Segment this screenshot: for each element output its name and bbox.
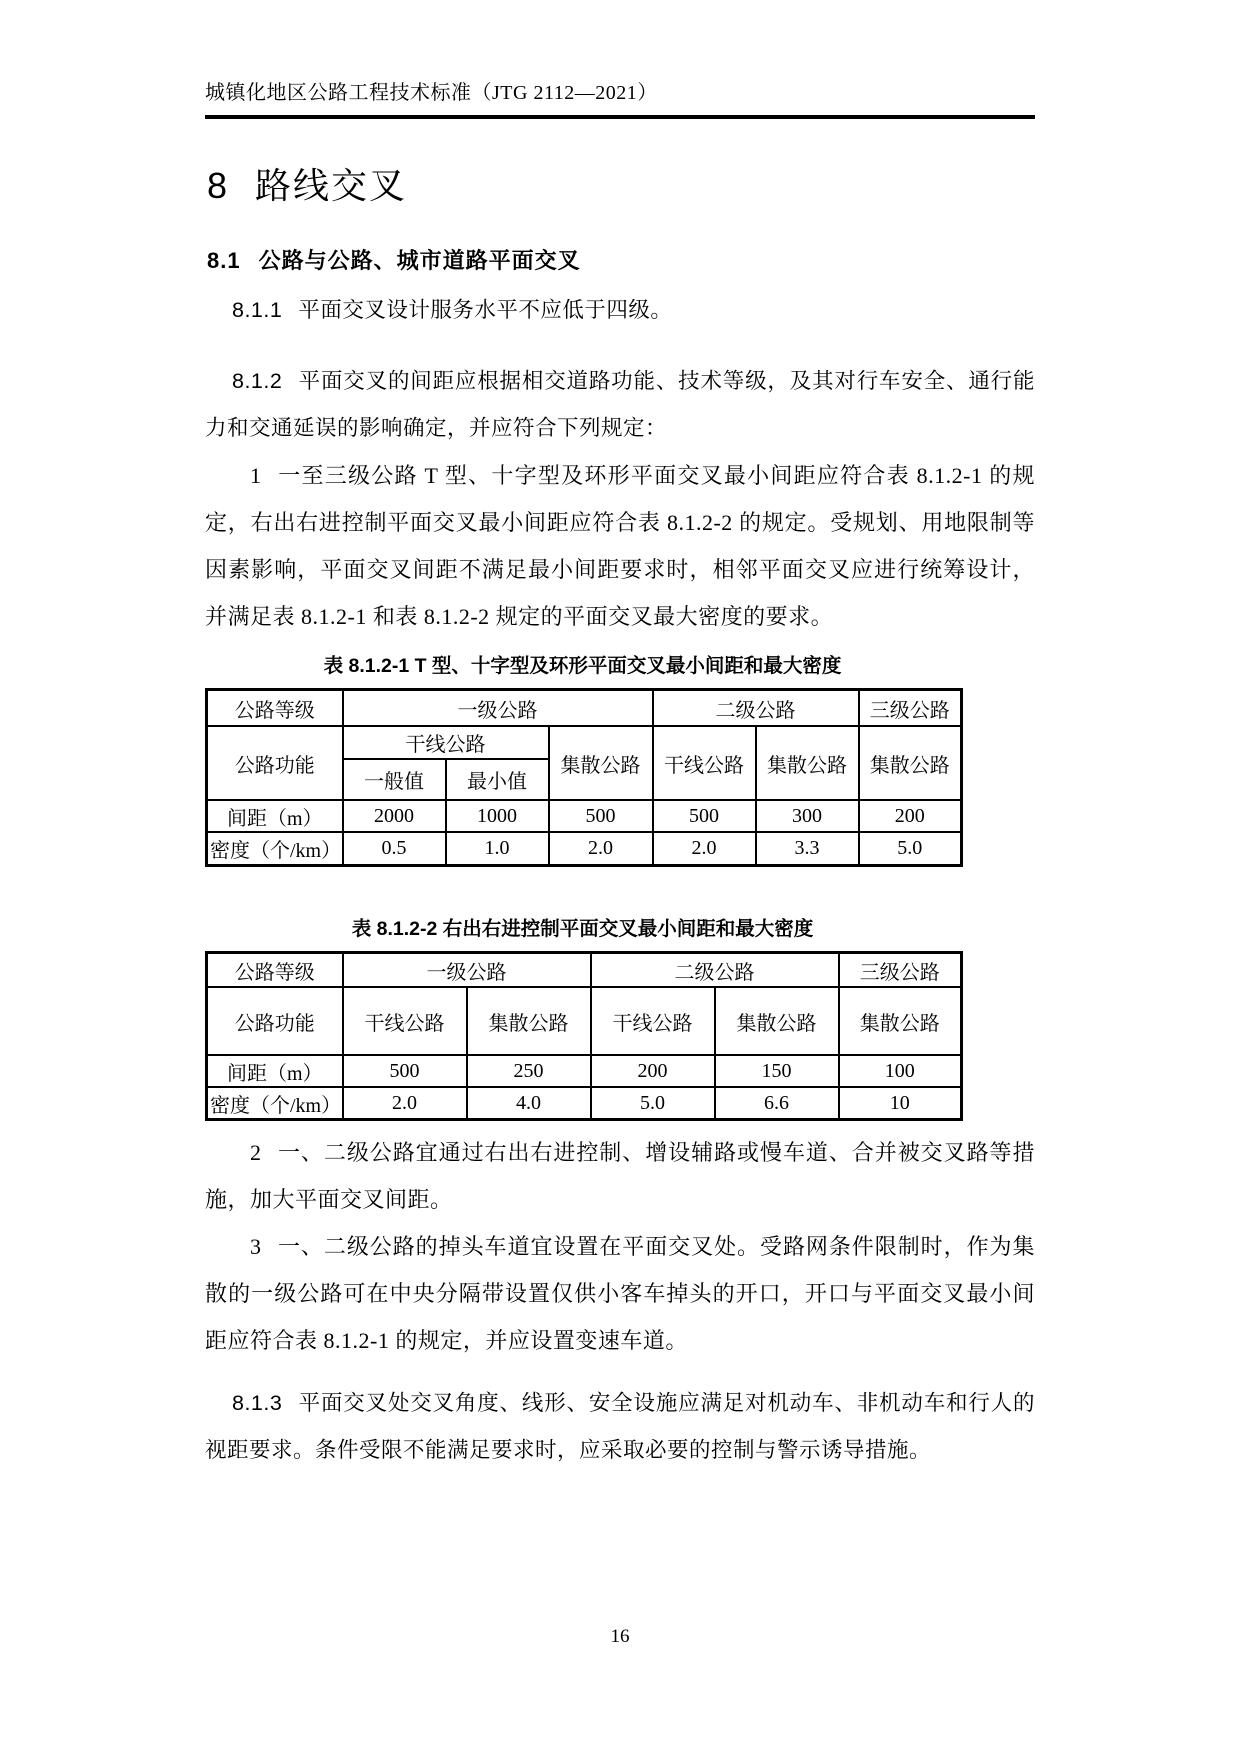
chapter-number: 8 bbox=[207, 165, 229, 206]
table-label-cell: 密度（个/km） bbox=[207, 1087, 343, 1119]
item-3-number: 3 bbox=[250, 1234, 262, 1259]
header-rule-divider bbox=[205, 115, 1035, 119]
table-header-cell: 一级公路 bbox=[343, 689, 653, 726]
table-value-cell: 2.0 bbox=[549, 832, 653, 865]
table-header-cell: 公路功能 bbox=[207, 726, 343, 800]
table-value-cell: 2000 bbox=[343, 800, 446, 832]
table-header-cell: 公路功能 bbox=[207, 987, 343, 1055]
table-value-cell: 4.0 bbox=[467, 1087, 591, 1119]
table-row: 间距（m） 500 250 200 150 100 bbox=[207, 1055, 962, 1087]
clause-8-1-1: 8.1.1平面交叉设计服务水平不应低于四级。 bbox=[205, 287, 1035, 334]
table-header-cell: 集散公路 bbox=[715, 987, 839, 1055]
table-value-cell: 5.0 bbox=[859, 832, 962, 865]
chapter-title: 路线交叉 bbox=[255, 165, 407, 206]
table-header-cell: 公路等级 bbox=[207, 689, 343, 726]
table-value-cell: 150 bbox=[715, 1055, 839, 1087]
table-value-cell: 10 bbox=[839, 1087, 962, 1119]
table-label-cell: 密度（个/km） bbox=[207, 832, 343, 865]
table-value-cell: 2.0 bbox=[343, 1087, 467, 1119]
table-header-cell: 三级公路 bbox=[859, 689, 962, 726]
table-row: 公路等级 一级公路 二级公路 三级公路 bbox=[207, 952, 962, 987]
table-row: 间距（m） 2000 1000 500 500 300 200 bbox=[207, 800, 962, 832]
table-value-cell: 0.5 bbox=[343, 832, 446, 865]
table-label-cell: 间距（m） bbox=[207, 1055, 343, 1087]
clause-8-1-3-text: 平面交叉处交叉角度、线形、安全设施应满足对机动车、非机动车和行人的视距要求。条件… bbox=[205, 1391, 1035, 1462]
item-2-number: 2 bbox=[250, 1140, 262, 1165]
clause-8-1-2-text: 平面交叉的间距应根据相交道路功能、技术等级，及其对行车安全、通行能力和交通延误的… bbox=[205, 369, 1035, 440]
running-header: 城镇化地区公路工程技术标准（JTG 2112—2021） bbox=[205, 0, 1035, 119]
item-2-text: 一、二级公路宜通过右出右进控制、增设辅路或慢车道、合并被交叉路等措施，加大平面交… bbox=[205, 1140, 1035, 1212]
table-2-caption: 表 8.1.2-2 右出右进控制平面交叉最小间距和最大密度 bbox=[205, 913, 960, 941]
clause-8-1-2: 8.1.2平面交叉的间距应根据相交道路功能、技术等级，及其对行车安全、通行能力和… bbox=[205, 358, 1035, 452]
table-header-cell: 公路等级 bbox=[207, 952, 343, 987]
table-header-cell: 干线公路 bbox=[653, 726, 756, 800]
clause-8-1-2-item-2: 2一、二级公路宜通过右出右进控制、增设辅路或慢车道、合并被交叉路等措施，加大平面… bbox=[205, 1129, 1035, 1223]
table-value-cell: 500 bbox=[343, 1055, 467, 1087]
table-label-cell: 间距（m） bbox=[207, 800, 343, 832]
item-1-number: 1 bbox=[250, 463, 262, 488]
section-title: 公路与公路、城市道路平面交叉 bbox=[259, 248, 581, 273]
table-header-cell: 集散公路 bbox=[467, 987, 591, 1055]
table-row: 密度（个/km） 2.0 4.0 5.0 6.6 10 bbox=[207, 1087, 962, 1119]
item-3-text: 一、二级公路的掉头车道宜设置在平面交叉处。受路网条件限制时，作为集散的一级公路可… bbox=[205, 1234, 1035, 1353]
clause-8-1-2-item-1: 1一至三级公路 T 型、十字型及环形平面交叉最小间距应符合表 8.1.2-1 的… bbox=[205, 452, 1035, 640]
table-8-1-2-2: 公路等级 一级公路 二级公路 三级公路 公路功能 干线公路 集散公路 干线公路 … bbox=[205, 951, 963, 1121]
section-heading: 8.1公路与公路、城市道路平面交叉 bbox=[207, 248, 1035, 274]
table-value-cell: 5.0 bbox=[591, 1087, 715, 1119]
table-value-cell: 200 bbox=[591, 1055, 715, 1087]
table-value-cell: 1000 bbox=[446, 800, 549, 832]
table-value-cell: 2.0 bbox=[653, 832, 756, 865]
table-header-cell: 集散公路 bbox=[549, 726, 653, 800]
clause-8-1-1-number: 8.1.1 bbox=[232, 298, 282, 322]
table-header-cell: 集散公路 bbox=[839, 987, 962, 1055]
table-header-cell: 干线公路 bbox=[343, 726, 549, 759]
table-header-cell: 干线公路 bbox=[343, 987, 467, 1055]
table-row: 公路功能 干线公路 集散公路 干线公路 集散公路 集散公路 bbox=[207, 726, 962, 759]
table-value-cell: 1.0 bbox=[446, 832, 549, 865]
table-header-cell: 干线公路 bbox=[591, 987, 715, 1055]
table-value-cell: 100 bbox=[839, 1055, 962, 1087]
table-header-cell: 最小值 bbox=[446, 759, 549, 800]
table-8-1-2-1: 公路等级 一级公路 二级公路 三级公路 公路功能 干线公路 集散公路 干线公路 … bbox=[205, 688, 963, 867]
table-row: 公路等级 一级公路 二级公路 三级公路 bbox=[207, 689, 962, 726]
table-value-cell: 6.6 bbox=[715, 1087, 839, 1119]
table-value-cell: 250 bbox=[467, 1055, 591, 1087]
clause-8-1-3: 8.1.3平面交叉处交叉角度、线形、安全设施应满足对机动车、非机动车和行人的视距… bbox=[205, 1380, 1035, 1474]
table-header-cell: 一级公路 bbox=[343, 952, 591, 987]
page-number: 16 bbox=[205, 1626, 1035, 1648]
clause-8-1-2-number: 8.1.2 bbox=[232, 369, 282, 393]
table-header-cell: 三级公路 bbox=[839, 952, 962, 987]
table-row: 公路功能 干线公路 集散公路 干线公路 集散公路 集散公路 bbox=[207, 987, 962, 1055]
table-1-caption: 表 8.1.2-1 T 型、十字型及环形平面交叉最小间距和最大密度 bbox=[205, 650, 960, 678]
running-header-title: 城镇化地区公路工程技术标准（JTG 2112—2021） bbox=[205, 76, 1035, 105]
clause-8-1-1-text: 平面交叉设计服务水平不应低于四级。 bbox=[298, 298, 672, 322]
table-row: 密度（个/km） 0.5 1.0 2.0 2.0 3.3 5.0 bbox=[207, 832, 962, 865]
table-value-cell: 200 bbox=[859, 800, 962, 832]
clause-8-1-3-number: 8.1.3 bbox=[232, 1391, 282, 1415]
table-header-cell: 二级公路 bbox=[591, 952, 839, 987]
table-header-cell: 集散公路 bbox=[756, 726, 859, 800]
chapter-heading: 8路线交叉 bbox=[207, 165, 1035, 206]
table-value-cell: 500 bbox=[653, 800, 756, 832]
table-header-cell: 一般值 bbox=[343, 759, 446, 800]
table-value-cell: 500 bbox=[549, 800, 653, 832]
section-number: 8.1 bbox=[207, 248, 241, 273]
item-1-text: 一至三级公路 T 型、十字型及环形平面交叉最小间距应符合表 8.1.2-1 的规… bbox=[205, 463, 1035, 629]
clause-8-1-2-item-3: 3一、二级公路的掉头车道宜设置在平面交叉处。受路网条件限制时，作为集散的一级公路… bbox=[205, 1223, 1035, 1364]
document-page: 城镇化地区公路工程技术标准（JTG 2112—2021） 8路线交叉 8.1公路… bbox=[0, 0, 1241, 1754]
table-header-cell: 二级公路 bbox=[653, 689, 859, 726]
table-value-cell: 300 bbox=[756, 800, 859, 832]
table-header-cell: 集散公路 bbox=[859, 726, 962, 800]
table-value-cell: 3.3 bbox=[756, 832, 859, 865]
